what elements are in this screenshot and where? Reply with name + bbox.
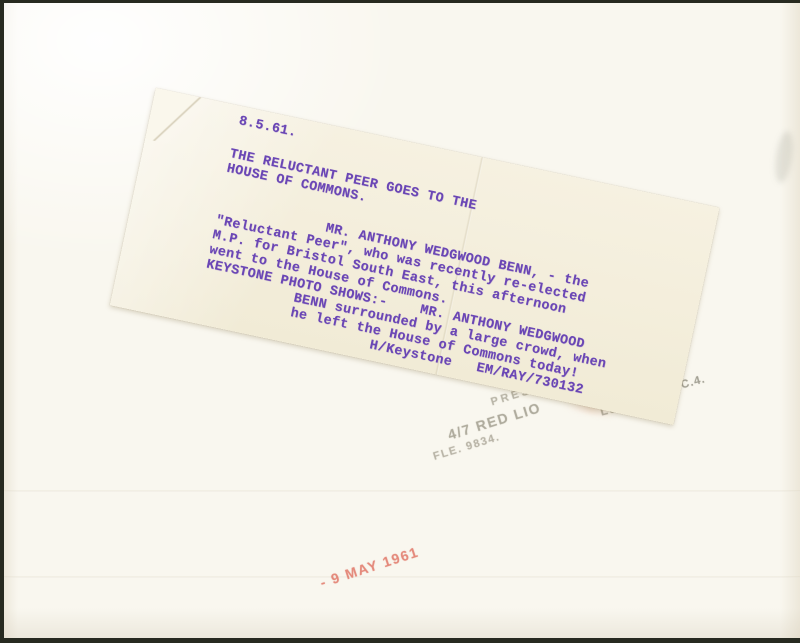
photo-verso-scan: PRESS 4/7 RED LIO LU. FLE. 9834. ', E.C.… xyxy=(0,0,800,643)
caption-date: 8.5.61. xyxy=(237,114,298,141)
paper-crease xyxy=(4,576,800,578)
edge-smudge xyxy=(772,130,795,184)
caption-label: 8.5.61. THE RELUCTANT PEER GOES TO THE H… xyxy=(110,88,720,425)
photo-back-paper: PRESS 4/7 RED LIO LU. FLE. 9834. ', E.C.… xyxy=(4,3,800,638)
paper-crease xyxy=(4,490,800,492)
folded-corner xyxy=(145,88,213,151)
date-received-stamp: - 9 MAY 1961 xyxy=(318,544,421,591)
